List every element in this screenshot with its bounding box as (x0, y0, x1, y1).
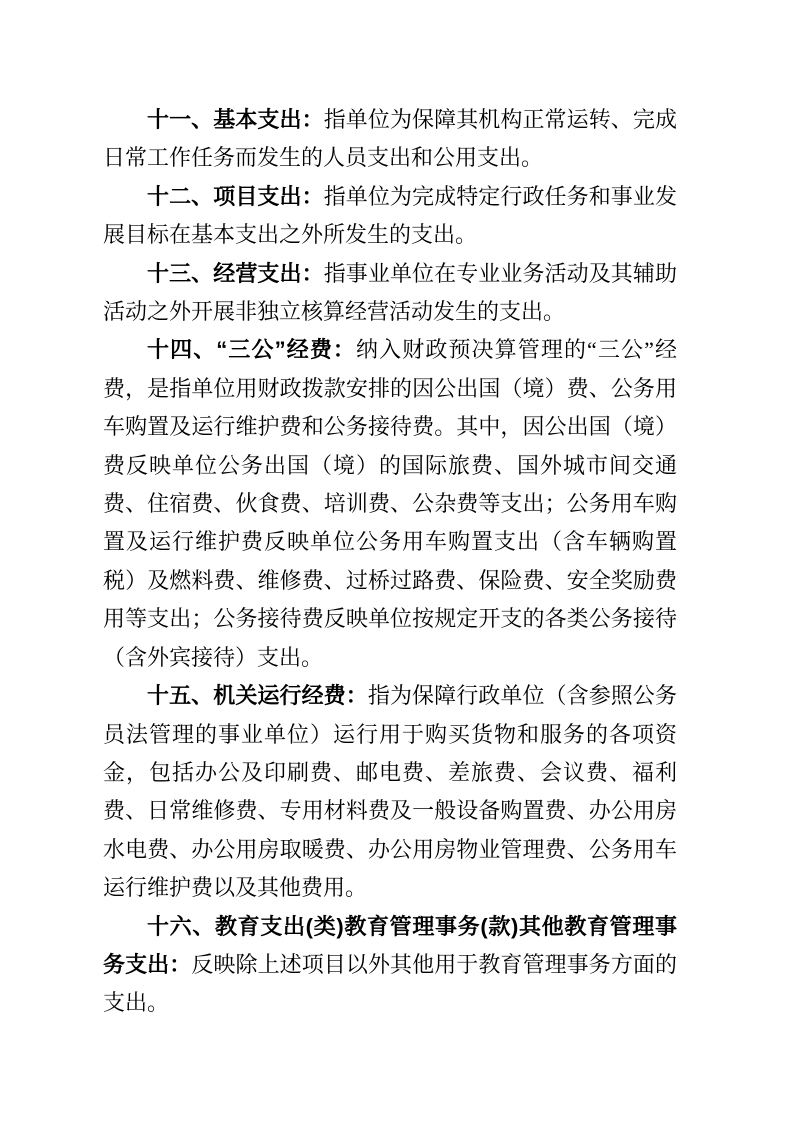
paragraph-text: 纳入财政预决算管理的“三公”经费，是指单位用财政拨款安排的因公出国（境）费、公务… (103, 337, 677, 669)
paragraph-text: 指为保障行政单位（含参照公务员法管理的事业单位）运行用于购买货物和服务的各项资金… (103, 683, 677, 900)
paragraph-heading: 十一、基本支出： (147, 107, 324, 132)
paragraph-heading: 十四、“三公”经费： (147, 337, 356, 362)
paragraph-other-education-admin-expenditure: 十六、教育支出(类)教育管理事务(款)其他教育管理事务支出：反映除上述项目以外其… (103, 908, 677, 1023)
document-body: 十一、基本支出：指单位为保障其机构正常运转、完成日常工作任务而发生的人员支出和公… (103, 101, 677, 1023)
document-page: 十一、基本支出：指单位为保障其机构正常运转、完成日常工作任务而发生的人员支出和公… (0, 0, 793, 1122)
paragraph-project-expenditure: 十二、项目支出：指单位为完成特定行政任务和事业发展目标在基本支出之外所发生的支出… (103, 178, 677, 255)
paragraph-basic-expenditure: 十一、基本支出：指单位为保障其机构正常运转、完成日常工作任务而发生的人员支出和公… (103, 101, 677, 178)
paragraph-heading: 十五、机关运行经费： (147, 683, 368, 708)
paragraph-heading: 十三、经营支出： (147, 261, 324, 286)
paragraph-operating-expenditure: 十三、经营支出：指事业单位在专业业务活动及其辅助活动之外开展非独立核算经营活动发… (103, 255, 677, 332)
paragraph-three-public-funds: 十四、“三公”经费：纳入财政预决算管理的“三公”经费，是指单位用财政拨款安排的因… (103, 331, 677, 677)
paragraph-heading: 十二、项目支出： (147, 184, 324, 209)
paragraph-agency-operating-funds: 十五、机关运行经费：指为保障行政单位（含参照公务员法管理的事业单位）运行用于购买… (103, 677, 677, 907)
